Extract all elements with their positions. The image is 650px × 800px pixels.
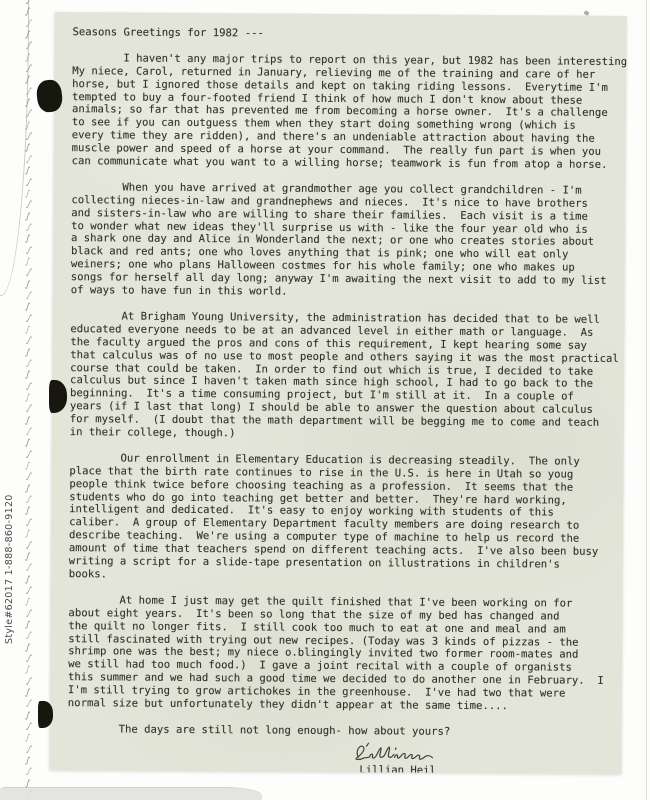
stitch-mark: ∫ (24, 53, 40, 65)
stitch-mark: ∫ (24, 303, 40, 315)
signature-row (352, 739, 617, 767)
stitch-mark: ∫ (24, 280, 40, 292)
stitch-mark: ∫ (24, 8, 40, 20)
stitch-mark: ∫ (24, 348, 40, 360)
letter-paragraph-5: At home I just may get the quilt finishe… (68, 594, 619, 714)
stitch-mark: ∫ (24, 371, 40, 383)
stitch-mark: ∫ (24, 235, 40, 247)
stitch-mark: ∫ (24, 326, 40, 338)
stitch-mark: ∫ (24, 530, 40, 542)
letter-paper: Seasons Greetings for 1982 --- I haven't… (49, 12, 626, 774)
scan-smudge (0, 787, 262, 800)
stitch-mark: ∫ (24, 598, 40, 610)
letter-paragraph-2: When you have arrived at grandmother age… (71, 181, 622, 301)
scanner-edge-line (646, 0, 647, 800)
stitch-mark: ∫ (24, 121, 40, 133)
stitch-mark: ∫ (24, 666, 40, 678)
stitch-mark: ∫ (24, 416, 40, 428)
signature-typed-name: Lillian Heil (359, 764, 617, 774)
letter-title: Seasons Greetings for 1982 --- (72, 26, 622, 43)
stitch-mark: ∫ (24, 484, 40, 496)
stitch-mark: ∫ (24, 507, 40, 519)
letter-paragraph-1: I haven't any major trips to report on t… (72, 52, 623, 172)
stitch-mark: ∫ (24, 643, 40, 655)
stitch-mark: ∫ (24, 167, 40, 179)
perforation-stitches: ∫∫∫∫∫∫∫∫∫∫∫∫∫∫∫∫∫∫∫∫∫∫∫∫∫∫∫∫∫∫∫∫∫∫∫∫∫∫∫∫… (25, 0, 39, 800)
stitch-mark: ∫ (24, 189, 40, 201)
vertical-style-number: Style#62017 1-888-860-9120 (4, 494, 15, 644)
stitch-mark: ∫ (24, 258, 40, 270)
stitch-mark: ∫ (24, 439, 40, 451)
stitch-mark: ∫ (24, 689, 40, 701)
stitch-mark: ∫ (24, 621, 40, 633)
letter-paragraph-4: Our enrollment in Elementary Education i… (69, 452, 620, 585)
letter-paragraph-3: At Brigham Young University, the adminis… (70, 310, 621, 443)
stitch-mark: ∫ (24, 144, 40, 156)
stitch-mark: ∫ (24, 734, 40, 746)
letter-closing: The days are still not long enough- how … (68, 723, 618, 740)
scanned-letter-page: { "letter": { "title": "Seasons Greeting… (0, 0, 650, 800)
stitch-mark: ∫ (24, 552, 40, 564)
